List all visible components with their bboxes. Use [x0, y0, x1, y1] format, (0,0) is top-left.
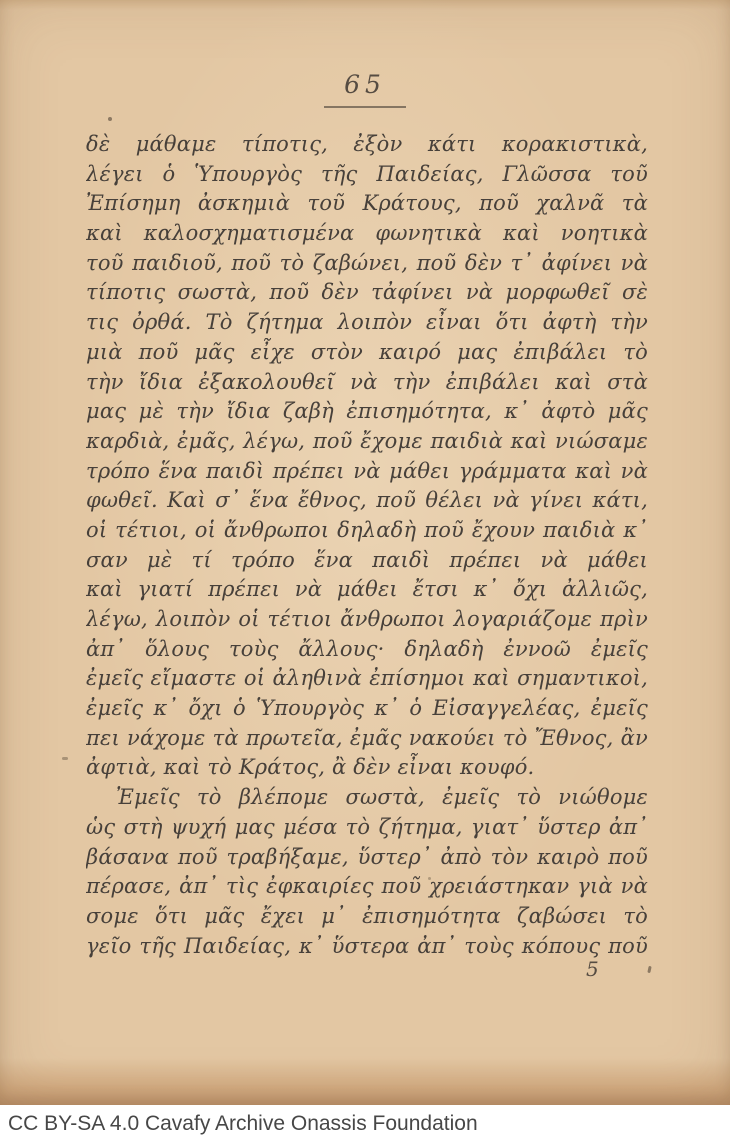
text-line: σαν μὲ τί τρόπο ἕνα παιδὶ πρέπει νὰ μάθε…: [86, 546, 648, 576]
text-line: δὲ μάθαμε τίποτις, ἐξὸν κάτι κορακιστικὰ…: [86, 130, 648, 160]
text-line: Ἐμεῖς τὸ βλέπομε σωστὰ, ἐμεῖς τὸ νιώθομε…: [86, 783, 648, 813]
text-line: γεῖο τῆς Παιδείας, κ᾽ ὕστερα ἀπ᾽ τοὺς κό…: [86, 932, 648, 962]
text-line: ἐμεῖς κ᾽ ὄχι ὁ Ὑπουργὸς κ᾽ ὁ Εἰσαγγελέας…: [86, 694, 648, 724]
text-line: βάσανα ποῦ τραβήξαμε, ὕστερ᾽ ἀπὸ τὸν και…: [86, 843, 648, 873]
text-line: ἐμεῖς εἴμαστε οἱ ἀληθινὰ ἐπίσημοι καὶ ση…: [86, 664, 648, 694]
signature-number: 5: [586, 957, 616, 981]
text-line: καρδιὰ, ἐμᾶς, λέγω, ποῦ ἔχομε παιδιὰ καὶ…: [86, 427, 648, 457]
text-line: λέγω, λοιπὸν οἱ τέτιοι ἄνθρωποι λογαριάζ…: [86, 605, 648, 635]
text-line: λέγει ὁ Ὑπουργὸς τῆς Παιδείας, Γλῶσσα το…: [86, 160, 648, 190]
page-text: δὲ μάθαμε τίποτις, ἐξὸν κάτι κορακιστικὰ…: [86, 130, 648, 961]
text-line: μας μὲ τὴν ἴδια ζαβὴ ἐπισημότητα, κ᾽ ἀφτ…: [86, 397, 648, 427]
license-attribution: CC BY-SA 4.0 Cavafy Archive Onassis Foun…: [0, 1112, 478, 1136]
text-line: τρόπο ἕνα παιδὶ πρέπει νὰ μάθει γράμματα…: [86, 457, 648, 487]
text-line: Ἐπίσημη ἀσκημιὰ τοῦ Κράτους, ποῦ χαλνᾶ τ…: [86, 189, 648, 219]
text-line: πέρασε, ἀπ᾽ τὶς ἐφκαιρίες ποῦ χρειάστηκα…: [86, 872, 648, 902]
ink-speck: [62, 757, 68, 760]
page-header: 65: [0, 70, 730, 108]
paper-page: 65 δὲ μάθαμε τίποτις, ἐξὸν κάτι κορακιστ…: [0, 0, 730, 1105]
text-line: ἀπ᾽ ὅλους τοὺς ἄλλους· δηλαδὴ ἐννοῶ ἐμεῖ…: [86, 635, 648, 665]
text-line: πει νάχομε τὰ πρωτεῖα, ἐμᾶς νακούει τὸ Ἔ…: [86, 724, 648, 754]
scanned-book-page: 65 δὲ μάθαμε τίποτις, ἐξὸν κάτι κορακιστ…: [0, 0, 730, 1142]
text-line: σομε ὅτι μᾶς ἔχει μ᾽ ἐπισημότητα ζαβώσει…: [86, 902, 648, 932]
folio-underline: [324, 106, 406, 108]
text-line: φωθεῖ. Καὶ σ᾽ ἕνα ἔθνος, ποῦ θέλει νὰ γί…: [86, 486, 648, 516]
text-line: ὡς στὴ ψυχή μας μέσα τὸ ζήτημα, γιατ᾽ ὕσ…: [86, 813, 648, 843]
folio-number: 65: [0, 70, 730, 99]
text-line: τὴν ἴδια ἐξακολουθεῖ νὰ τὴν ἐπιβάλει καὶ…: [86, 368, 648, 398]
text-line: ἀφτιὰ, καὶ τὸ Κράτος, ἂ δὲν εἶναι κουφό.: [86, 753, 648, 783]
attribution-bar: CC BY-SA 4.0 Cavafy Archive Onassis Foun…: [0, 1105, 730, 1142]
text-line: τις ὀρθά. Τὸ ζήτημα λοιπὸν εἶναι ὅτι ἀφτ…: [86, 308, 648, 338]
text-line: καὶ γιατί πρέπει νὰ μάθει ἔτσι κ᾽ ὄχι ἀλ…: [86, 575, 648, 605]
text-line: τίποτις σωστὰ, ποῦ δὲν τἀφίνει νὰ μορφωθ…: [86, 278, 648, 308]
text-line: οἱ τέτιοι, οἱ ἄνθρωποι δηλαδὴ ποῦ ἔχουν …: [86, 516, 648, 546]
ink-speck: [108, 117, 112, 121]
text-line: καὶ καλοσχηματισμένα φωνητικὰ καὶ νοητικ…: [86, 219, 648, 249]
text-line: μιὰ ποῦ μᾶς εἶχε στὸν καιρό μας ἐπιβάλει…: [86, 338, 648, 368]
text-line: τοῦ παιδιοῦ, ποῦ τὸ ζαβώνει, ποῦ δὲν τ᾽ …: [86, 249, 648, 279]
ink-speck: [428, 877, 431, 880]
ink-speck: [647, 966, 651, 973]
